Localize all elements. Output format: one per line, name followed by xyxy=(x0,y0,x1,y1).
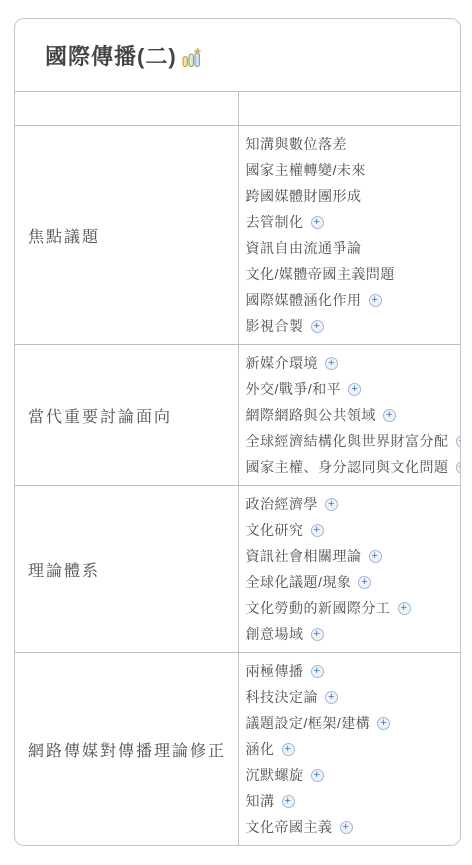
expand-plus-icon[interactable]: + xyxy=(456,435,462,448)
expand-plus-icon[interactable]: + xyxy=(325,498,338,511)
page-title: 國際傳播(二) xyxy=(45,40,177,71)
list-item: 文化研究+ xyxy=(246,517,453,543)
list-item: 文化/媒體帝國主義問題 xyxy=(246,261,453,287)
list-item: 資訊自由流通爭論 xyxy=(246,235,453,261)
list-item: 全球化議題/現象+ xyxy=(246,569,453,595)
topic-card: 國際傳播(二) 焦點議題知溝與數位落差 xyxy=(14,18,461,846)
list-item: 資訊社會相關理論+ xyxy=(246,543,453,569)
expand-plus-icon[interactable]: + xyxy=(325,691,338,704)
card-header: 國際傳播(二) xyxy=(15,19,460,91)
expand-plus-icon[interactable]: + xyxy=(377,717,390,730)
list-item: 科技決定論+ xyxy=(246,684,453,710)
items-cell: 新媒介環境+外交/戰爭/和平+網際網路與公共領域+全球經濟結構化與世界財富分配+… xyxy=(238,345,460,486)
list-item: 知溝+ xyxy=(246,788,453,814)
list-item: 國家主權、身分認同與文化問題+ xyxy=(246,454,453,480)
item-label: 文化帝國主義 xyxy=(246,817,333,837)
items-cell: 兩極傳播+科技決定論+議題設定/框架/建構+涵化+沉默螺旋+知溝+文化帝國主義+ xyxy=(238,653,460,846)
item-label: 文化勞動的新國際分工 xyxy=(246,598,391,618)
item-label: 文化/媒體帝國主義問題 xyxy=(246,264,395,284)
list-item: 文化勞動的新國際分工+ xyxy=(246,595,453,621)
item-label: 全球化議題/現象 xyxy=(246,572,352,592)
expand-plus-icon[interactable]: + xyxy=(398,602,411,615)
expand-plus-icon[interactable]: + xyxy=(383,409,396,422)
expand-plus-icon[interactable]: + xyxy=(358,576,371,589)
item-label: 科技決定論 xyxy=(246,687,319,707)
expand-plus-icon[interactable]: + xyxy=(311,216,324,229)
item-label: 影視合製 xyxy=(246,316,304,336)
item-label: 兩極傳播 xyxy=(246,661,304,681)
list-item: 國際媒體涵化作用+ xyxy=(246,287,453,313)
item-label: 網際網路與公共領域 xyxy=(246,405,377,425)
item-label: 政治經濟學 xyxy=(246,494,319,514)
item-label: 文化研究 xyxy=(246,520,304,540)
item-label: 國際媒體涵化作用 xyxy=(246,290,362,310)
item-label: 國家主權、身分認同與文化問題 xyxy=(246,457,449,477)
topic-table: 焦點議題知溝與數位落差國家主權轉變/未來跨國媒體財團形成去管制化+資訊自由流通爭… xyxy=(15,91,460,845)
list-item: 政治經濟學+ xyxy=(246,491,453,517)
table-body: 焦點議題知溝與數位落差國家主權轉變/未來跨國媒體財團形成去管制化+資訊自由流通爭… xyxy=(15,92,460,846)
expand-plus-icon[interactable]: + xyxy=(282,795,295,808)
list-item: 新媒介環境+ xyxy=(246,350,453,376)
list-item: 涵化+ xyxy=(246,736,453,762)
item-label: 沉默螺旋 xyxy=(246,765,304,785)
item-label: 議題設定/框架/建構 xyxy=(246,713,371,733)
table-row: 理論體系政治經濟學+文化研究+資訊社會相關理論+全球化議題/現象+文化勞動的新國… xyxy=(15,486,460,653)
header-cell-items xyxy=(238,92,460,126)
list-item: 沉默螺旋+ xyxy=(246,762,453,788)
bar-chart-sparkle-icon xyxy=(182,48,203,68)
table-row: 焦點議題知溝與數位落差國家主權轉變/未來跨國媒體財團形成去管制化+資訊自由流通爭… xyxy=(15,126,460,345)
item-label: 創意場域 xyxy=(246,624,304,644)
category-cell: 網路傳媒對傳播理論修正 xyxy=(15,653,238,846)
item-label: 知溝與數位落差 xyxy=(246,134,348,154)
item-label: 跨國媒體財團形成 xyxy=(246,186,362,206)
expand-plus-icon[interactable]: + xyxy=(311,628,324,641)
list-item: 議題設定/框架/建構+ xyxy=(246,710,453,736)
item-label: 外交/戰爭/和平 xyxy=(246,379,342,399)
item-label: 國家主權轉變/未來 xyxy=(246,160,366,180)
item-label: 知溝 xyxy=(246,791,275,811)
table-row: 當代重要討論面向新媒介環境+外交/戰爭/和平+網際網路與公共領域+全球經濟結構化… xyxy=(15,345,460,486)
item-label: 去管制化 xyxy=(246,212,304,232)
items-cell: 知溝與數位落差國家主權轉變/未來跨國媒體財團形成去管制化+資訊自由流通爭論文化/… xyxy=(238,126,460,345)
list-item: 知溝與數位落差 xyxy=(246,131,453,157)
expand-plus-icon[interactable]: + xyxy=(325,357,338,370)
expand-plus-icon[interactable]: + xyxy=(311,524,324,537)
list-item: 影視合製+ xyxy=(246,313,453,339)
expand-plus-icon[interactable]: + xyxy=(369,294,382,307)
list-item: 創意場域+ xyxy=(246,621,453,647)
table-row: 網路傳媒對傳播理論修正兩極傳播+科技決定論+議題設定/框架/建構+涵化+沉默螺旋… xyxy=(15,653,460,846)
expand-plus-icon[interactable]: + xyxy=(311,665,324,678)
header-cell-category xyxy=(15,92,238,126)
list-item: 兩極傳播+ xyxy=(246,658,453,684)
list-item: 網際網路與公共領域+ xyxy=(246,402,453,428)
table-header-row xyxy=(15,92,460,126)
expand-plus-icon[interactable]: + xyxy=(456,461,462,474)
item-label: 全球經濟結構化與世界財富分配 xyxy=(246,431,449,451)
category-cell: 焦點議題 xyxy=(15,126,238,345)
expand-plus-icon[interactable]: + xyxy=(311,320,324,333)
items-cell: 政治經濟學+文化研究+資訊社會相關理論+全球化議題/現象+文化勞動的新國際分工+… xyxy=(238,486,460,653)
expand-plus-icon[interactable]: + xyxy=(369,550,382,563)
list-item: 去管制化+ xyxy=(246,209,453,235)
category-cell: 理論體系 xyxy=(15,486,238,653)
item-label: 資訊自由流通爭論 xyxy=(246,238,362,258)
list-item: 跨國媒體財團形成 xyxy=(246,183,453,209)
item-label: 新媒介環境 xyxy=(246,353,319,373)
item-label: 資訊社會相關理論 xyxy=(246,546,362,566)
expand-plus-icon[interactable]: + xyxy=(348,383,361,396)
list-item: 文化帝國主義+ xyxy=(246,814,453,840)
expand-plus-icon[interactable]: + xyxy=(340,821,353,834)
category-cell: 當代重要討論面向 xyxy=(15,345,238,486)
expand-plus-icon[interactable]: + xyxy=(282,743,295,756)
list-item: 全球經濟結構化與世界財富分配+ xyxy=(246,428,453,454)
expand-plus-icon[interactable]: + xyxy=(311,769,324,782)
item-label: 涵化 xyxy=(246,739,275,759)
page: 國際傳播(二) 焦點議題知溝與數位落差 xyxy=(0,0,472,865)
list-item: 外交/戰爭/和平+ xyxy=(246,376,453,402)
list-item: 國家主權轉變/未來 xyxy=(246,157,453,183)
